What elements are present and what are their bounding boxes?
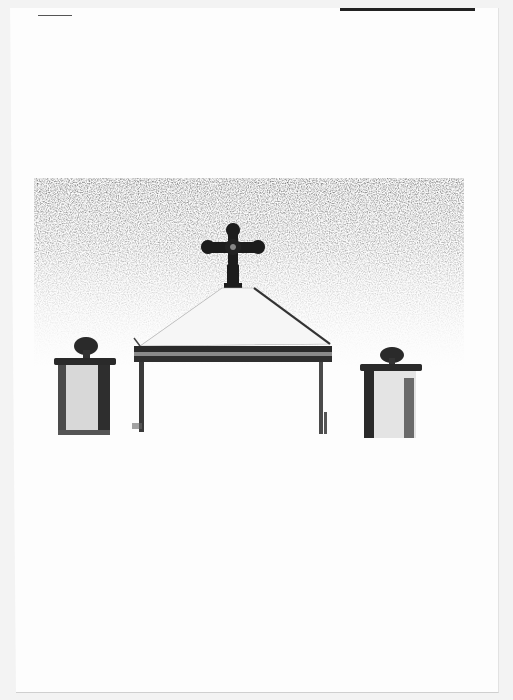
object-photograph — [34, 178, 464, 438]
scan-edge-mark — [340, 8, 475, 11]
scan-edge-mark-small — [38, 15, 72, 16]
